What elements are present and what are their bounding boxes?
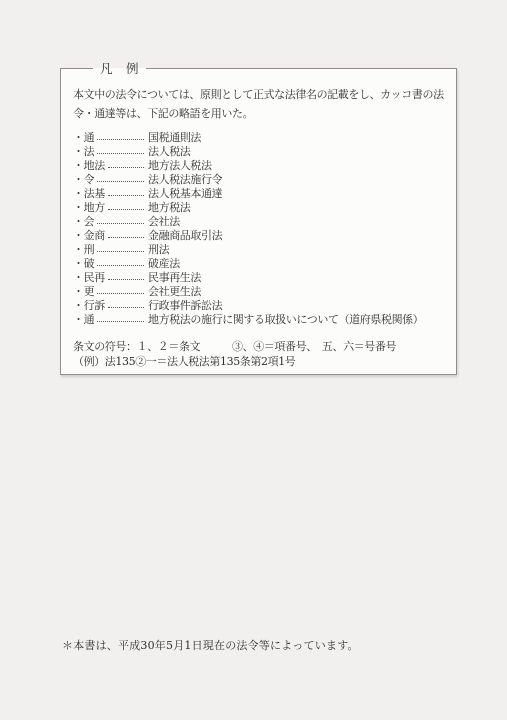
dotted-leader xyxy=(97,243,144,257)
abbreviation-row: ・行訴 行政事件訴訟法 xyxy=(73,299,444,313)
bullet: ・ xyxy=(73,159,84,173)
article-sign-note: 条文の符号：１、２＝条文 ③、④＝項番号、 五、六＝号番号 （例）法135②一＝… xyxy=(73,339,444,369)
intro-text-line: 令・通達等は、下記の略語を用いた。 xyxy=(73,104,444,123)
abbreviation-row: ・通 国税通則法 xyxy=(73,131,444,145)
law-name: 地方税法 xyxy=(148,201,190,215)
bullet: ・ xyxy=(73,229,84,243)
abbreviation-row: ・金商 金融商品取引法 xyxy=(73,229,444,243)
dotted-leader xyxy=(97,285,144,299)
law-abbr: 地法 xyxy=(84,159,105,173)
law-abbr: 地方 xyxy=(84,201,105,215)
abbreviation-row: ・通 地方税法の施行に関する取扱いについて（道府県税関係） xyxy=(73,313,444,327)
legend-box-body: 本文中の法令については、原則として正式な法律名の記載をし、カッコ書の法 令・通達… xyxy=(73,85,444,369)
law-abbr: 法基 xyxy=(84,187,105,201)
bullet: ・ xyxy=(73,299,84,313)
bullet: ・ xyxy=(73,313,84,327)
dotted-leader xyxy=(97,257,144,271)
dotted-leader xyxy=(108,187,144,201)
document-page: 凡 例 本文中の法令については、原則として正式な法律名の記載をし、カッコ書の法 … xyxy=(0,0,507,720)
abbreviation-list: ・通 国税通則法 ・法 法人税法 ・地法 地方法人税法 ・令 法人税法施行令 ・… xyxy=(73,131,444,327)
sign-note-line: （例）法135②一＝法人税法第135条第2項1号 xyxy=(73,354,444,369)
dotted-leader xyxy=(108,299,144,313)
law-name: 会社法 xyxy=(148,215,180,229)
abbreviation-row: ・刑 刑法 xyxy=(73,243,444,257)
law-abbr: 行訴 xyxy=(84,299,105,313)
law-name: 地方税法の施行に関する取扱いについて（道府県税関係） xyxy=(148,313,423,327)
legend-box: 凡 例 本文中の法令については、原則として正式な法律名の記載をし、カッコ書の法 … xyxy=(60,62,457,375)
law-name: 法人税基本通達 xyxy=(148,187,222,201)
intro-text-line: 本文中の法令については、原則として正式な法律名の記載をし、カッコ書の法 xyxy=(73,85,444,104)
abbreviation-row: ・更 会社更生法 xyxy=(73,285,444,299)
bullet: ・ xyxy=(73,145,84,159)
abbreviation-row: ・会 会社法 xyxy=(73,215,444,229)
law-abbr: 民再 xyxy=(84,271,105,285)
law-name: 会社更生法 xyxy=(148,285,201,299)
dotted-leader xyxy=(97,173,144,187)
abbreviation-row: ・法 法人税法 xyxy=(73,145,444,159)
dotted-leader xyxy=(108,159,144,173)
legend-box-title: 凡 例 xyxy=(93,62,146,75)
law-abbr: 令 xyxy=(84,173,95,187)
current-law-footnote: ＊本書は、平成30年5月1日現在の法令等によっています。 xyxy=(62,637,359,653)
law-abbr: 更 xyxy=(84,285,95,299)
bullet: ・ xyxy=(73,285,84,299)
bullet: ・ xyxy=(73,131,84,145)
sign-note-line: 条文の符号：１、２＝条文 ③、④＝項番号、 五、六＝号番号 xyxy=(73,339,444,354)
dotted-leader xyxy=(97,145,144,159)
law-abbr: 会 xyxy=(84,215,95,229)
bullet: ・ xyxy=(73,215,84,229)
dotted-leader xyxy=(108,201,144,215)
bullet: ・ xyxy=(73,271,84,285)
bullet: ・ xyxy=(73,187,84,201)
abbreviation-row: ・地法 地方法人税法 xyxy=(73,159,444,173)
abbreviation-row: ・令 法人税法施行令 xyxy=(73,173,444,187)
abbreviation-row: ・法基 法人税基本通達 xyxy=(73,187,444,201)
law-abbr: 金商 xyxy=(84,229,105,243)
abbreviation-row: ・地方 地方税法 xyxy=(73,201,444,215)
law-name: 民事再生法 xyxy=(148,271,201,285)
law-abbr: 刑 xyxy=(84,243,95,257)
bullet: ・ xyxy=(73,201,84,215)
law-name: 刑法 xyxy=(148,243,169,257)
law-name: 行政事件訴訟法 xyxy=(148,299,222,313)
law-name: 法人税法 xyxy=(148,145,190,159)
law-name: 金融商品取引法 xyxy=(148,229,222,243)
dotted-leader xyxy=(97,215,144,229)
law-name: 破産法 xyxy=(148,257,180,271)
dotted-leader xyxy=(108,271,144,285)
dotted-leader xyxy=(108,229,144,243)
dotted-leader xyxy=(97,313,144,327)
bullet: ・ xyxy=(73,173,84,187)
law-abbr: 破 xyxy=(84,257,95,271)
abbreviation-row: ・破 破産法 xyxy=(73,257,444,271)
law-name: 法人税法施行令 xyxy=(148,173,222,187)
law-abbr: 通 xyxy=(84,131,95,145)
law-name: 地方法人税法 xyxy=(148,159,212,173)
bullet: ・ xyxy=(73,243,84,257)
abbreviation-row: ・民再 民事再生法 xyxy=(73,271,444,285)
law-name: 国税通則法 xyxy=(148,131,201,145)
law-abbr: 法 xyxy=(84,145,95,159)
bullet: ・ xyxy=(73,257,84,271)
dotted-leader xyxy=(97,131,144,145)
law-abbr: 通 xyxy=(84,313,95,327)
